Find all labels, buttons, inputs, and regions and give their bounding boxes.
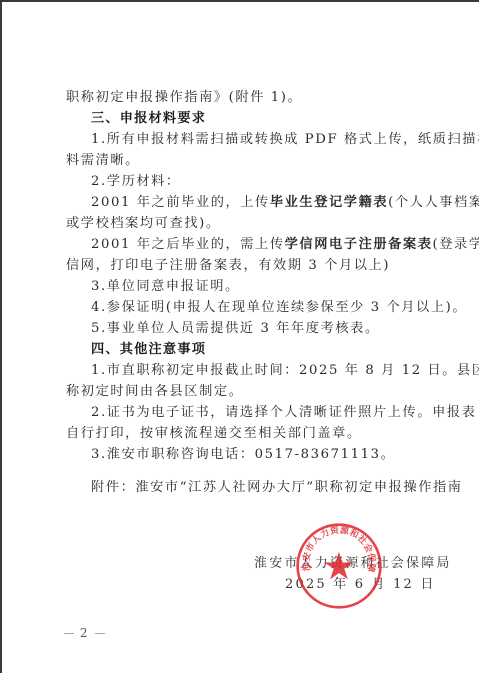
section-4-heading: 四、其他注意事项 bbox=[91, 342, 206, 358]
page-number-value: 2 bbox=[80, 626, 90, 640]
s4-item2-line2: 自行打印，按审核流程递交至相关部门盖章。 bbox=[66, 426, 362, 442]
signature-org: 淮安市人力资源和社会保障局 bbox=[254, 552, 452, 571]
s3-item2b-line1: 2001 年之后毕业的，需上传学信网电子注册备案表(登录学 bbox=[91, 237, 479, 253]
page-number: 2 bbox=[64, 626, 105, 640]
s3-item2b-bold: 学信网电子注册备案表 bbox=[285, 237, 433, 252]
s3-item1-line1: 1.所有申报材料需扫描或转换成 PDF 格式上传，纸质扫描材 bbox=[91, 132, 479, 148]
section-3-heading: 三、申报材料要求 bbox=[91, 111, 206, 127]
s3-item2b-line2: 信网，打印电子注册备案表，有效期 3 个月以上) bbox=[66, 258, 390, 274]
s3-item2a-line1: 2001 年之前毕业的，上传毕业生登记学籍表(个人人事档案 bbox=[91, 195, 479, 211]
attachment-line: 附件：淮安市“江苏人社网办大厅”职称初定申报操作指南 bbox=[91, 480, 463, 496]
continuation-line: 职称初定申报操作指南》(附件 1)。 bbox=[66, 90, 302, 106]
s3-item2-title: 2.学历材料： bbox=[91, 174, 181, 190]
s3-item3: 3.单位同意申报证明。 bbox=[91, 279, 240, 295]
s3-item2a-suffix: (个人人事档案 bbox=[388, 195, 479, 210]
page-number-dash-left bbox=[64, 633, 74, 634]
s3-item1-line2: 料需清晰。 bbox=[66, 153, 140, 169]
document-page: 职称初定申报操作指南》(附件 1)。 三、申报材料要求 1.所有申报材料需扫描或… bbox=[2, 2, 479, 673]
s3-item5: 5.事业单位人员需提供近 3 年年度考核表。 bbox=[91, 321, 380, 337]
s3-item2a-line2: 或学校档案均可查找)。 bbox=[66, 216, 221, 232]
signature-date: 2025 年 6 月 12 日 bbox=[285, 573, 436, 592]
s3-item2b-suffix: (登录学 bbox=[433, 237, 479, 252]
s4-item1-line1: 1.市直职称初定申报截止时间：2025 年 8 月 12 日。县区职 bbox=[91, 363, 479, 379]
s4-item2-line1: 2.证书为电子证书，请选择个人清晰证件照片上传。申报表 bbox=[91, 405, 476, 421]
s4-item1-line2: 称初定时间由各县区制定。 bbox=[66, 384, 243, 400]
page-number-dash-right bbox=[95, 633, 105, 634]
s3-item2a-prefix: 2001 年之前毕业的，上传 bbox=[91, 195, 270, 210]
s4-item3: 3.淮安市职称咨询电话：0517-83671113。 bbox=[91, 447, 395, 463]
s3-item2b-prefix: 2001 年之后毕业的，需上传 bbox=[91, 237, 285, 252]
s3-item4: 4.参保证明(申报人在现单位连续参保至少 3 个月以上)。 bbox=[91, 300, 467, 316]
s3-item2a-bold: 毕业生登记学籍表 bbox=[270, 195, 388, 210]
